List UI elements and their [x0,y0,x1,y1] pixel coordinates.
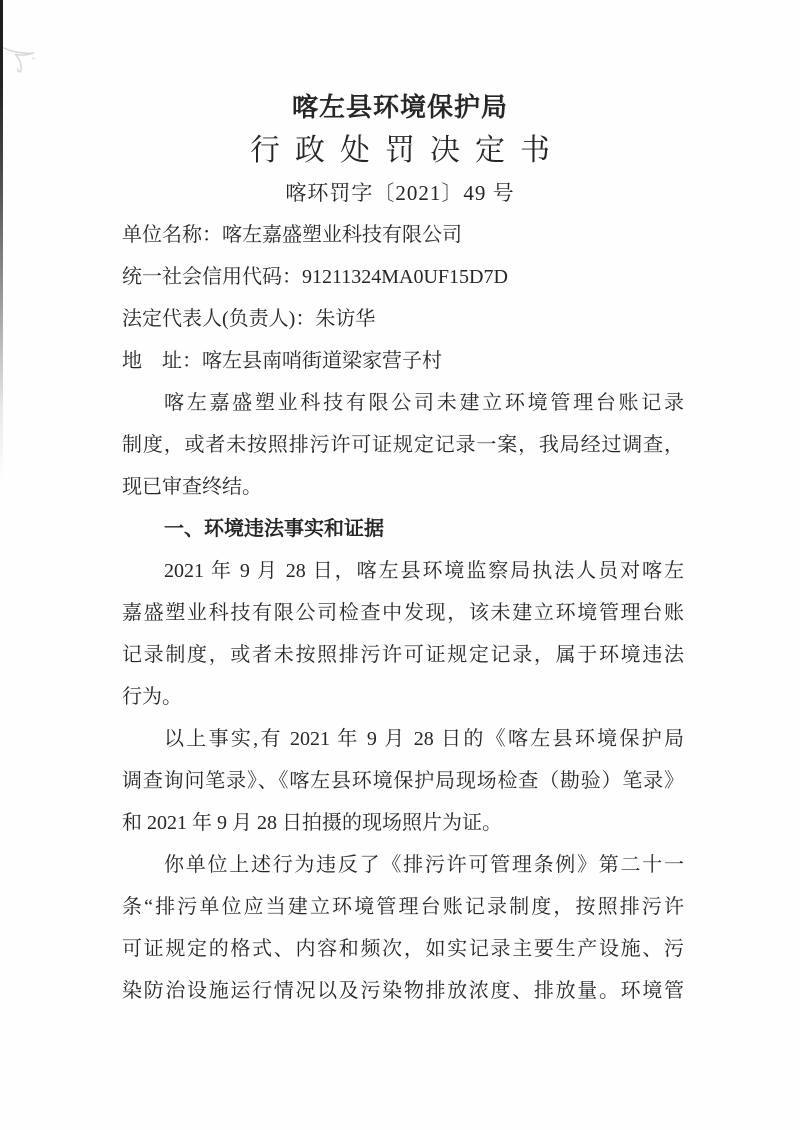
body-line: 喀左嘉盛塑业科技有限公司未建立环境管理台账记录 [122,382,684,424]
body-line: 行为。 [122,676,684,718]
body-line: 和 2021 年 9 月 28 日拍摄的现场照片为证。 [122,802,684,844]
body-line: 可证规定的格式、内容和频次，如实记录主要生产设施、污 [122,928,684,970]
field-company-name: 单位名称：喀左嘉盛塑业科技有限公司 [122,214,684,256]
document-body: 单位名称：喀左嘉盛塑业科技有限公司 统一社会信用代码：91211324MA0UF… [122,214,684,1012]
body-line: 记录制度，或者未按照排污许可证规定记录，属于环境违法 [122,634,684,676]
document-title: 行政处罚决定书 [0,133,800,169]
scanned-document-page: 喀左县环境保护局 行政处罚决定书 喀环罚字〔2021〕49 号 单位名称：喀左嘉… [0,0,800,1130]
section-heading-facts-evidence: 一、环境违法事实和证据 [122,508,684,550]
body-line: 现已审查终结。 [122,466,684,508]
body-line: 条“排污单位应当建立环境管理台账记录制度，按照排污许 [122,886,684,928]
body-line: 以上事实,有 2021 年 9 月 28 日的《喀左县环境保护局 [122,718,684,760]
pen-scribble-mark-icon [2,38,44,82]
body-line: 你单位上述行为违反了《排污许可管理条例》第二十一 [122,844,684,886]
body-line: 2021 年 9 月 28 日，喀左县环境监察局执法人员对喀左 [122,550,684,592]
body-line: 制度，或者未按照排污许可证规定记录一案，我局经过调查， [122,424,684,466]
document-reference-number: 喀环罚字〔2021〕49 号 [0,180,800,206]
field-legal-representative: 法定代表人(负责人)：朱访华 [122,298,684,340]
body-line: 嘉盛塑业科技有限公司检查中发现，该未建立环境管理台账 [122,592,684,634]
body-line: 调查询问笔录》、《喀左县环境保护局现场检查（勘验）笔录》 [122,760,684,802]
issuing-authority-title: 喀左县环境保护局 [0,93,800,123]
body-line: 染防治设施运行情况以及污染物排放浓度、排放量。环境管 [122,970,684,1012]
field-address: 地 址：喀左县南哨街道梁家营子村 [122,340,684,382]
field-credit-code: 统一社会信用代码：91211324MA0UF15D7D [122,256,684,298]
